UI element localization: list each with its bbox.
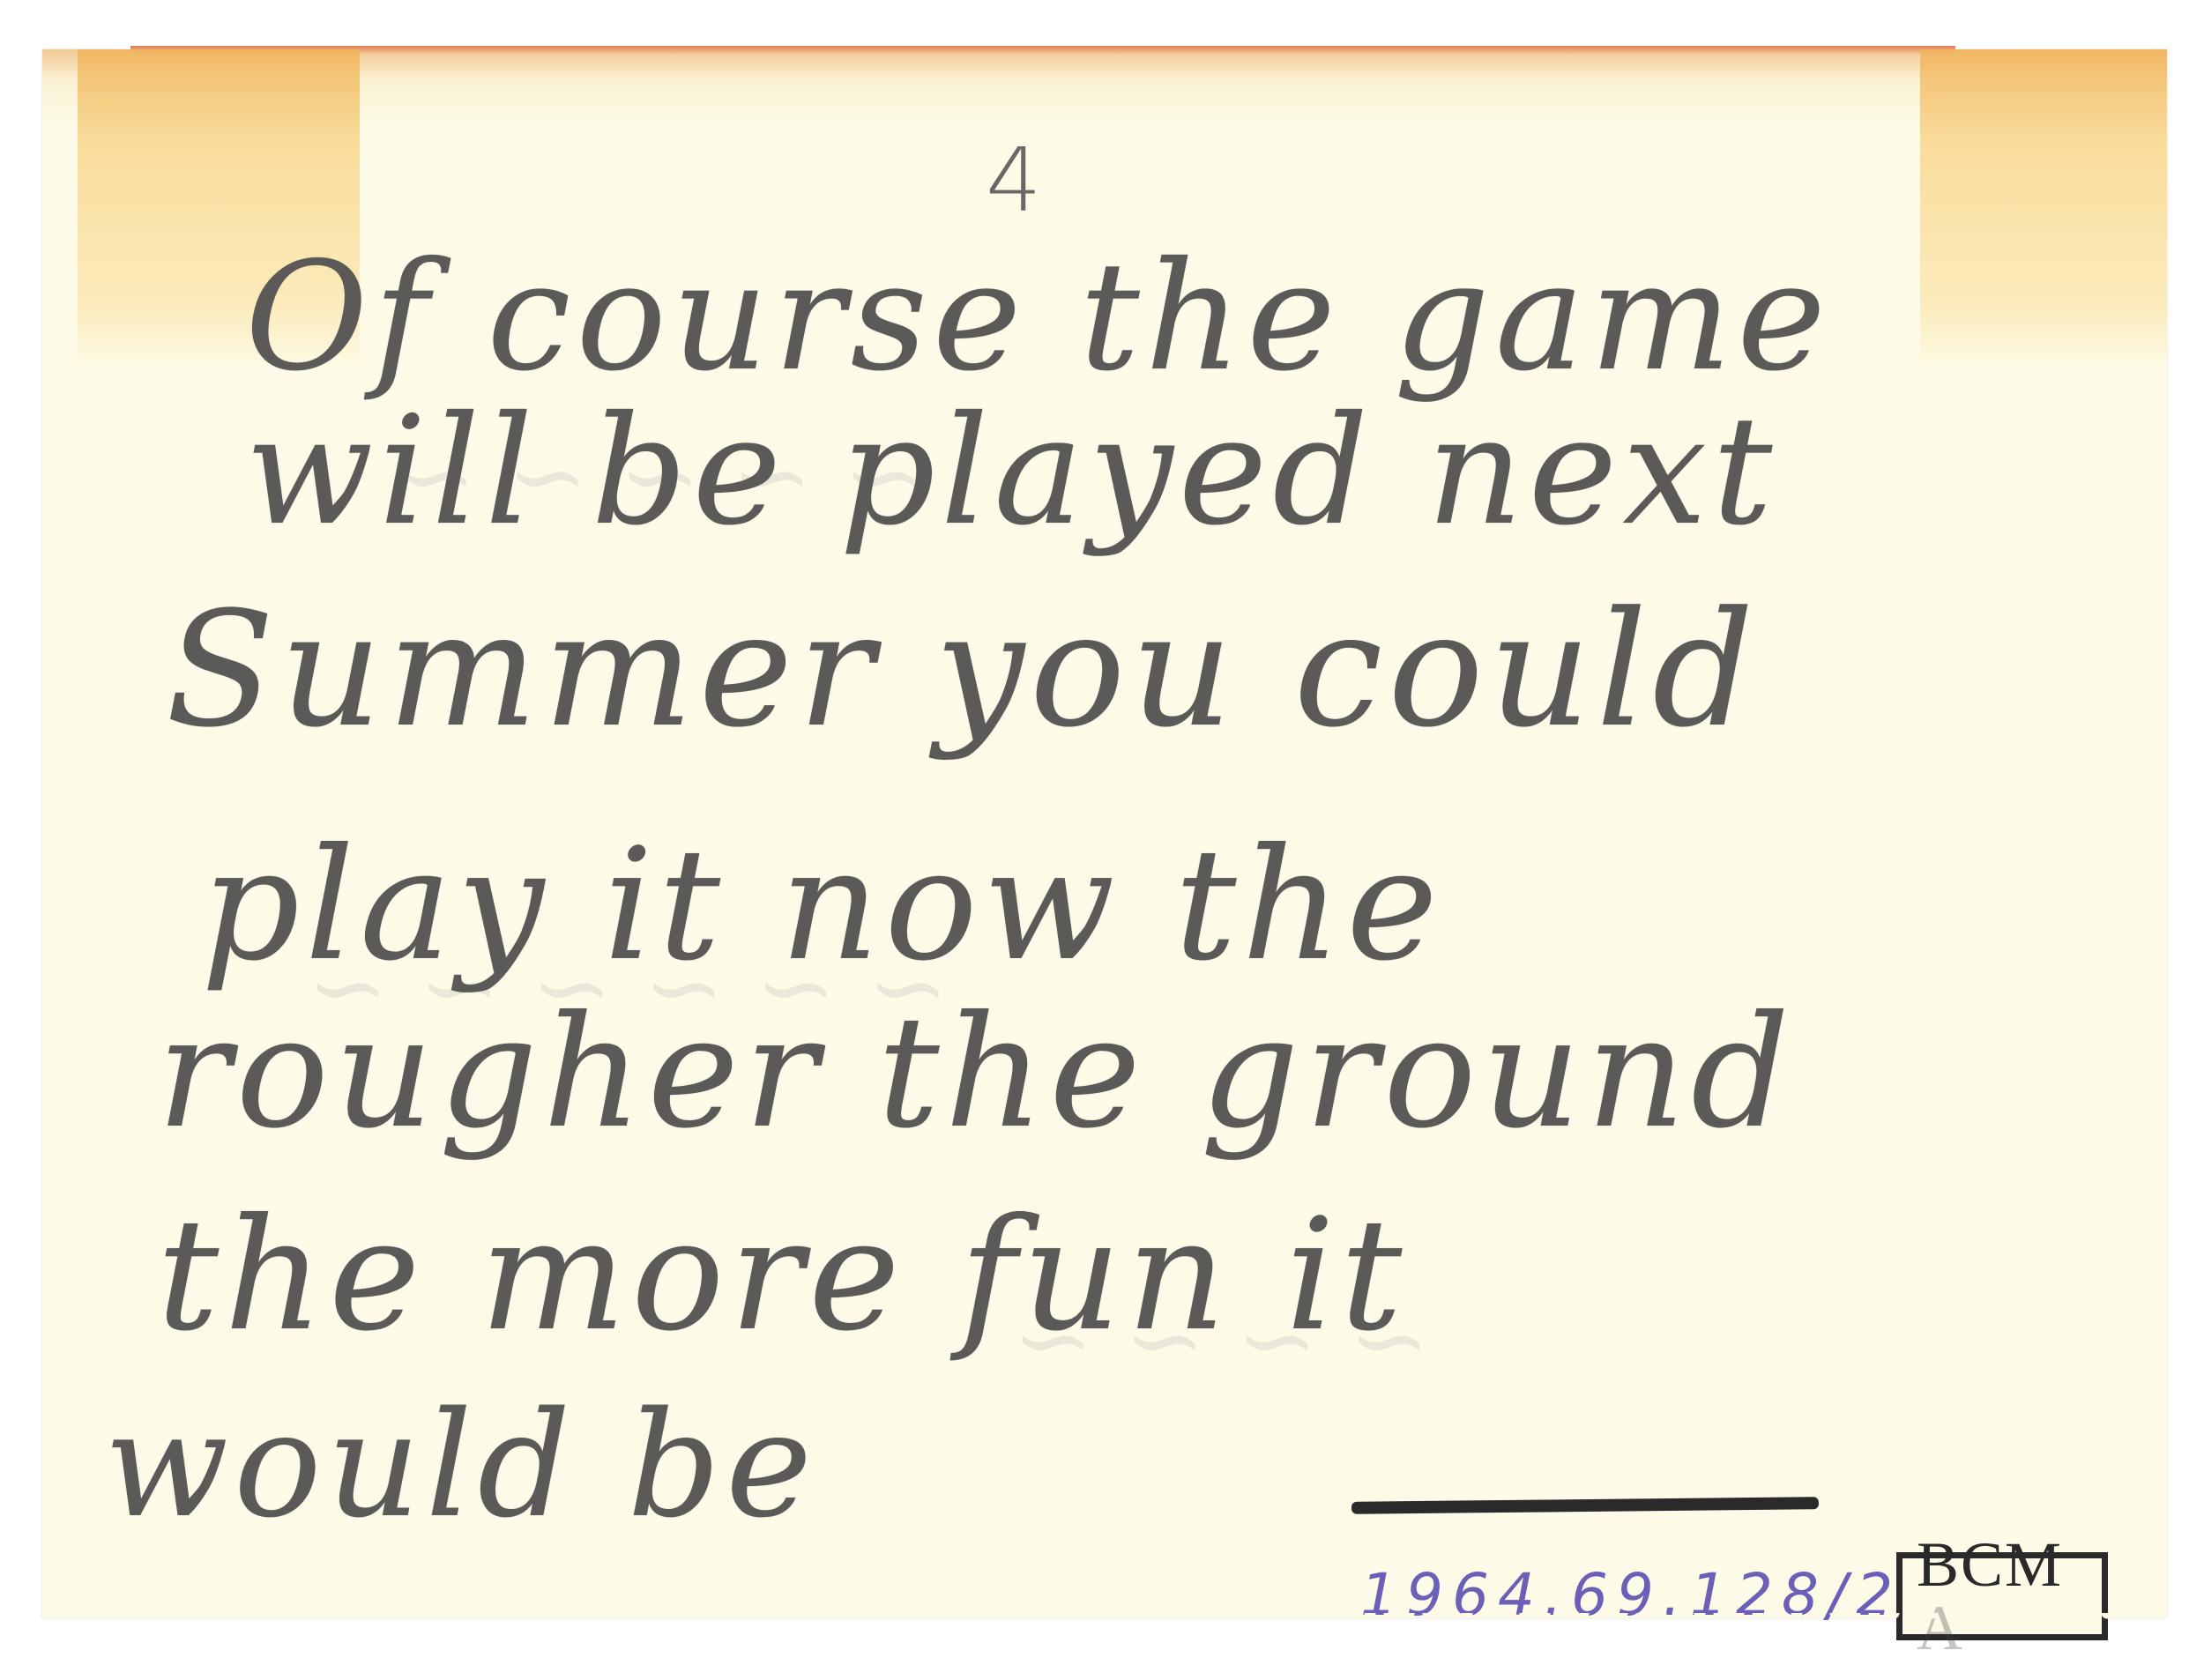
- stamp-text: BCM A: [1917, 1533, 2102, 1660]
- handwritten-line-6: the more fun it: [157, 1186, 1407, 1365]
- handwritten-line-1: Of course the game: [245, 230, 1831, 405]
- page-number: 4: [986, 129, 1042, 232]
- top-edge-discoloration: [130, 46, 1955, 55]
- stamp-text-main: BCM: [1917, 1529, 2063, 1600]
- handwritten-line-3: Summer you could: [166, 578, 1760, 762]
- handwritten-line-5: rougher the ground: [157, 984, 1795, 1163]
- tape-stain-right: [1920, 49, 2167, 367]
- letter-page: ~ ~ ~ ~ ~ ~ ~ ~ ~ ~ ~ ~ ~ ~ ~ 4 Of cours…: [42, 49, 2167, 1618]
- bcma-stamp: BCM A: [1896, 1552, 2108, 1640]
- handwritten-line-2: will be played next: [245, 384, 1777, 559]
- top-edge-stain: [42, 49, 2167, 129]
- handwritten-line-7: would be: [104, 1380, 817, 1550]
- handwritten-line-4: play it now the: [201, 816, 1443, 995]
- closing-dash: [1351, 1497, 1819, 1514]
- stamp-text-faded: A: [1917, 1593, 1964, 1663]
- accession-number: 1964.69.128/2: [1360, 1561, 1902, 1629]
